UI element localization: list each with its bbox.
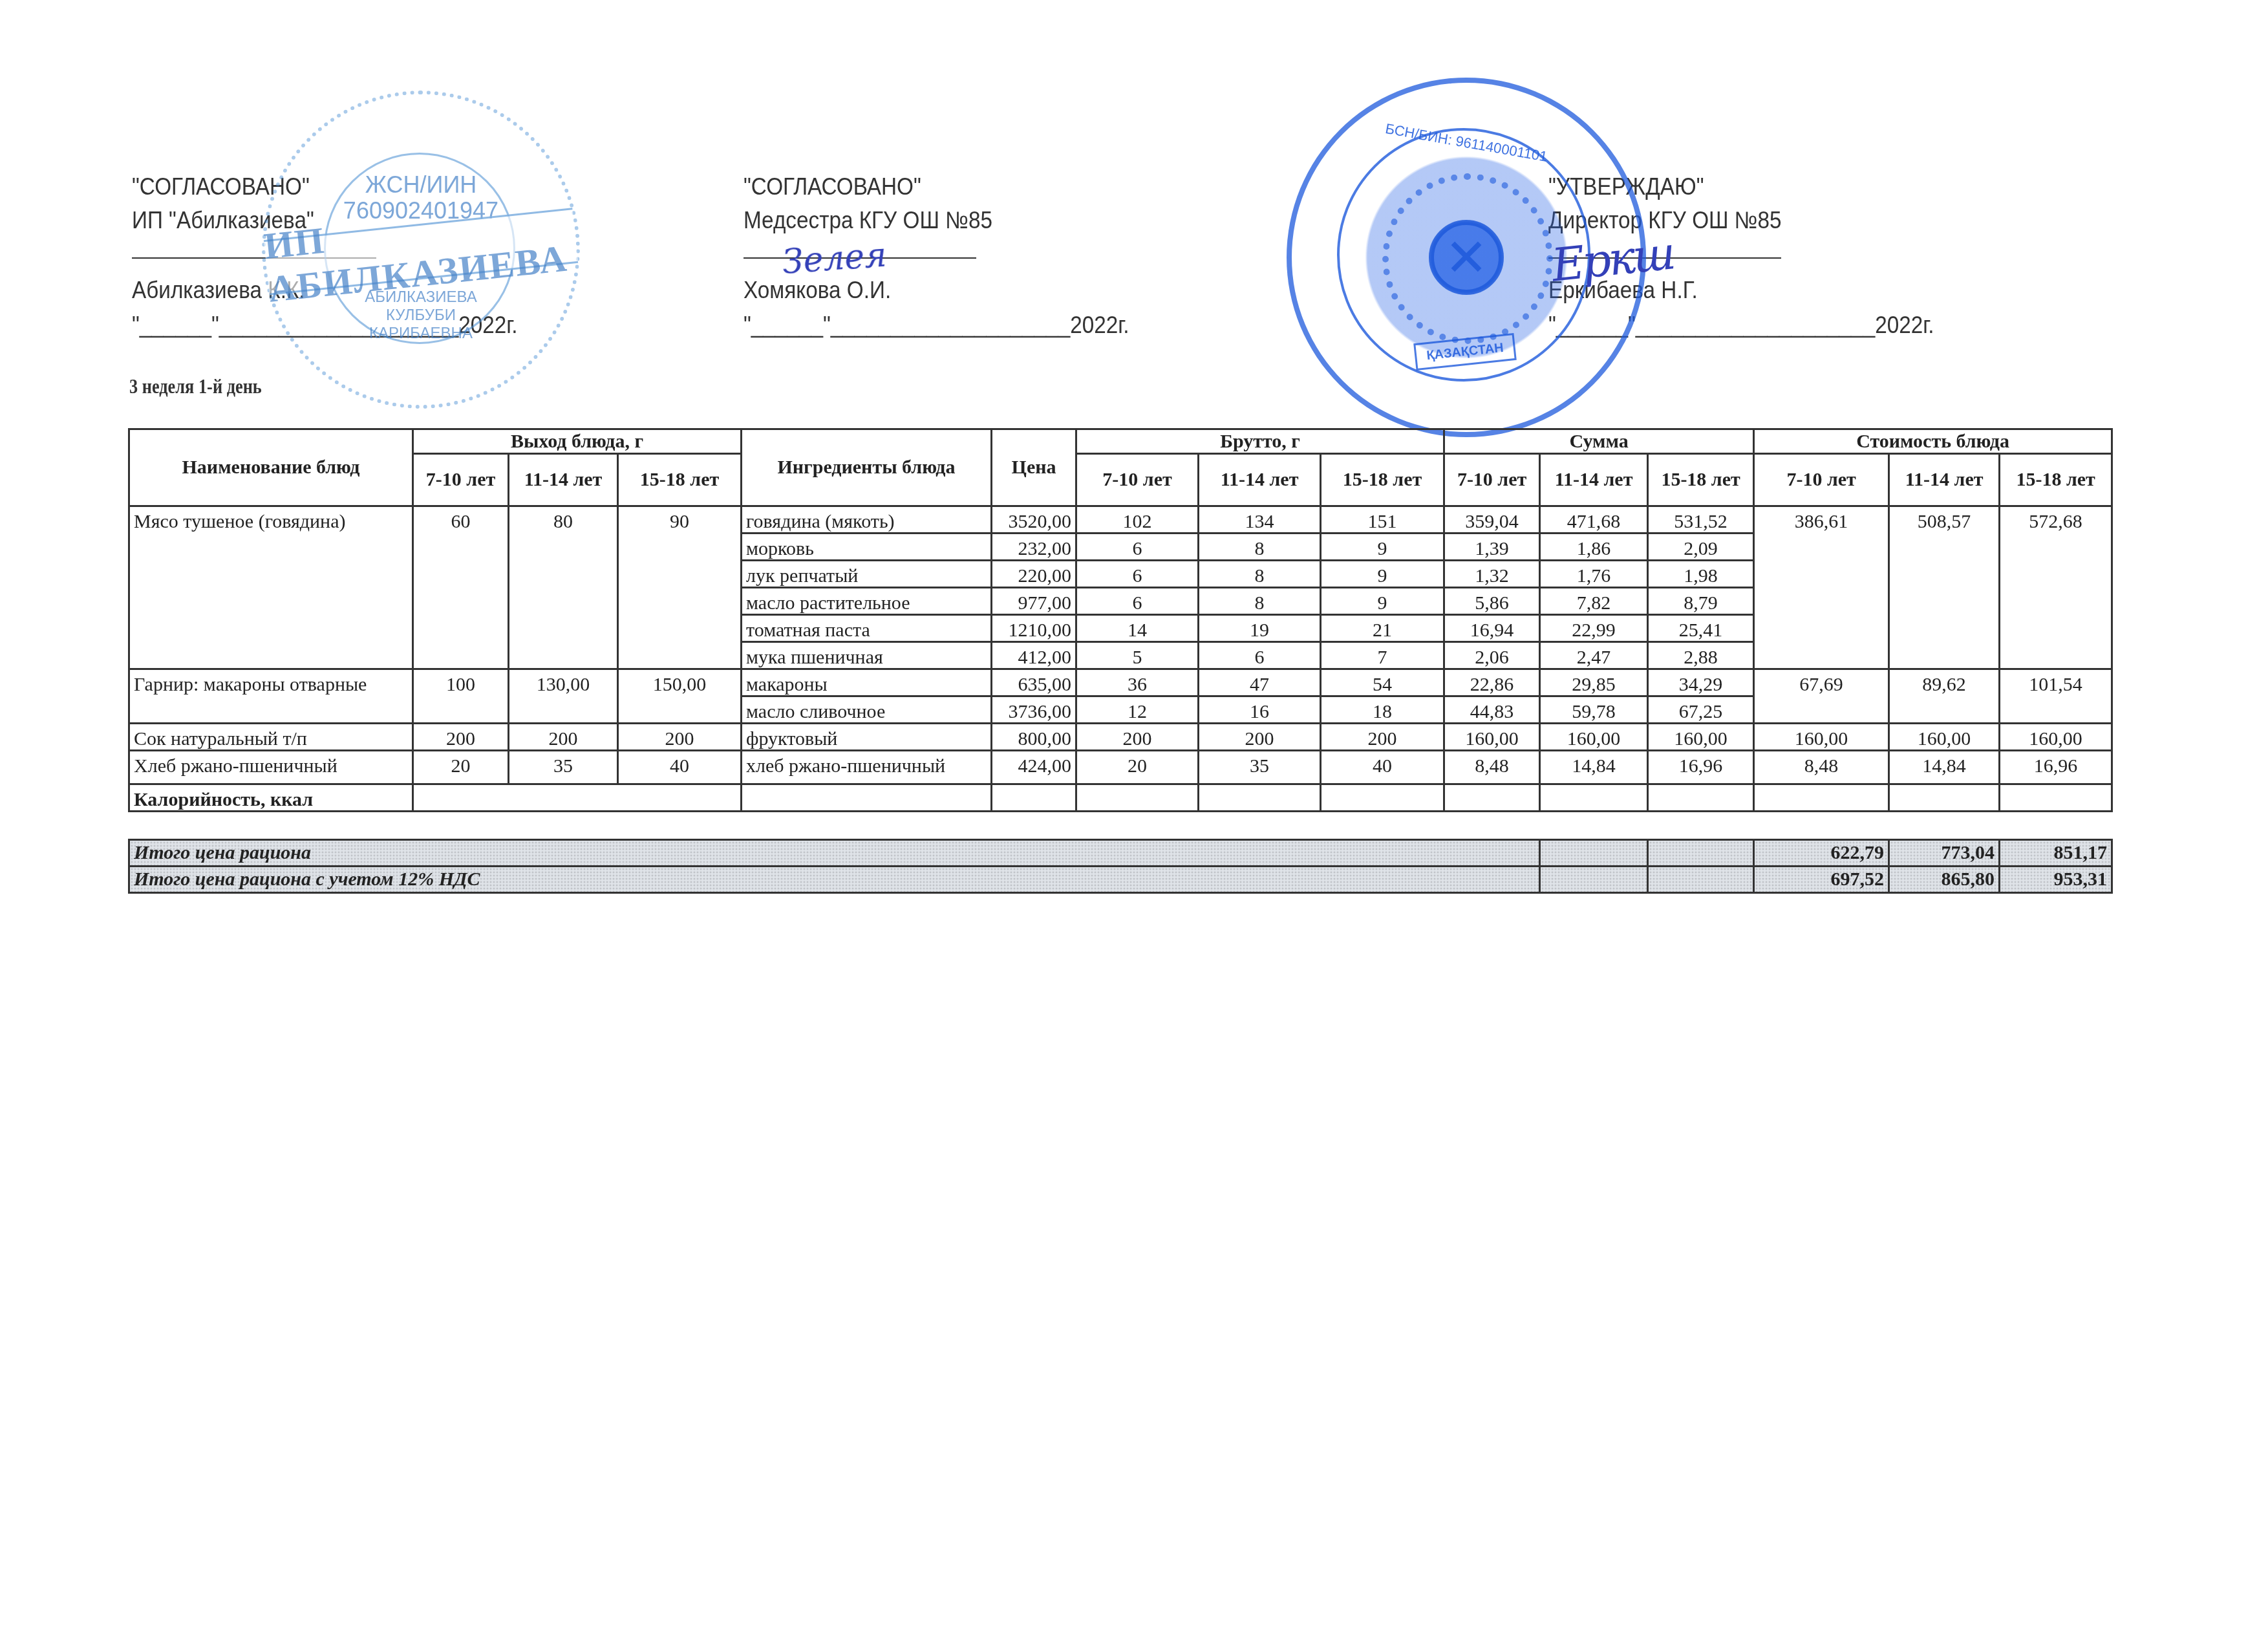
ingredient-gross: 14 <box>1076 615 1199 642</box>
dish-yield: 100 <box>413 669 509 724</box>
calories-empty-cell <box>1540 784 1648 812</box>
calories-empty-cell <box>1754 784 1889 812</box>
ingredient-price: 412,00 <box>992 642 1076 669</box>
ingredient-sum: 22,99 <box>1540 615 1648 642</box>
totals-value: 865,80 <box>1889 867 2000 893</box>
ingredient-price: 424,00 <box>992 751 1076 784</box>
dish-cost: 14,84 <box>1889 751 2000 784</box>
dish-cost: 16,96 <box>2000 751 2112 784</box>
header-ingredients: Ингредиенты блюда <box>742 429 992 506</box>
totals-row: Итого цена рациона с учетом 12% НДС697,5… <box>129 867 2112 893</box>
ingredient-gross: 8 <box>1199 533 1321 561</box>
totals-value: 773,04 <box>1889 840 2000 867</box>
calories-yield-cell <box>413 784 742 812</box>
table-row: Мясо тушеное (говядина)608090говядина (м… <box>129 506 2112 533</box>
totals-empty-cell <box>1540 867 1648 893</box>
ingredient-price: 1210,00 <box>992 615 1076 642</box>
ingredient-sum: 22,86 <box>1444 669 1540 696</box>
header-gross-age: 7-10 лет <box>1076 454 1199 506</box>
stamp-emblem-label: ҚАЗАҚСТАН <box>1413 333 1517 371</box>
header-yield: Выход блюда, г <box>413 429 742 454</box>
totals-empty-cell <box>1648 840 1754 867</box>
dish-yield: 150,00 <box>618 669 742 724</box>
dish-yield: 80 <box>509 506 618 669</box>
ingredient-gross: 36 <box>1076 669 1199 696</box>
week-day-label: 3 неделя 1-й день <box>129 375 262 398</box>
ingredient-gross: 200 <box>1199 724 1321 751</box>
calories-empty-cell <box>992 784 1076 812</box>
ingredient-sum: 160,00 <box>1444 724 1540 751</box>
dish-name: Гарнир: макароны отварные <box>129 669 413 724</box>
ingredient-gross: 19 <box>1199 615 1321 642</box>
ingredient-price: 977,00 <box>992 588 1076 615</box>
totals-value: 851,17 <box>2000 840 2112 867</box>
ingredient-gross: 200 <box>1321 724 1444 751</box>
header-gross-age: 11-14 лет <box>1199 454 1321 506</box>
totals-table: Итого цена рациона622,79773,04851,17Итог… <box>128 839 2113 894</box>
ingredient-gross: 9 <box>1321 588 1444 615</box>
ingredient-sum: 59,78 <box>1540 696 1648 724</box>
stamp-ornament-ring <box>1382 173 1553 344</box>
ingredient-sum: 2,88 <box>1648 642 1754 669</box>
ingredient-sum: 29,85 <box>1540 669 1648 696</box>
header-sum-age: 7-10 лет <box>1444 454 1540 506</box>
approval-name: Еркибаева Н.Г. <box>1548 278 1698 302</box>
ingredient-sum: 8,48 <box>1444 751 1540 784</box>
table-row: Хлеб ржано-пшеничный203540хлеб ржано-пше… <box>129 751 2112 784</box>
dish-cost: 67,69 <box>1754 669 1889 724</box>
stamp-bin: БСН/БИН: 961140001101 <box>1369 118 1563 168</box>
table-row: Сок натуральный т/п200200200фруктовый800… <box>129 724 2112 751</box>
ingredient-price: 800,00 <box>992 724 1076 751</box>
signature-line <box>1548 257 1781 259</box>
table-row: Гарнир: макароны отварные100130,00150,00… <box>129 669 2112 696</box>
ingredient-name: хлеб ржано-пшеничный <box>742 751 992 784</box>
ingredient-name: макароны <box>742 669 992 696</box>
totals-row: Итого цена рациона622,79773,04851,17 <box>129 840 2112 867</box>
ingredient-name: морковь <box>742 533 992 561</box>
dish-cost: 160,00 <box>1889 724 2000 751</box>
dish-cost: 386,61 <box>1754 506 1889 669</box>
ingredient-sum: 67,25 <box>1648 696 1754 724</box>
ingredient-name: масло растительное <box>742 588 992 615</box>
ingredient-gross: 6 <box>1076 588 1199 615</box>
ingredient-gross: 8 <box>1199 588 1321 615</box>
supplier-stamp: ЖСН/ИИН 760902401947 ИП АБИЛКАЗИЕВА АБИЛ… <box>262 91 580 409</box>
header-sum-age: 11-14 лет <box>1540 454 1648 506</box>
calories-empty-cell <box>1199 784 1321 812</box>
ingredient-sum: 34,29 <box>1648 669 1754 696</box>
ingredient-gross: 6 <box>1076 561 1199 588</box>
header-yield-age: 7-10 лет <box>413 454 509 506</box>
approval-position: ИП "Абилказиева" <box>132 208 314 232</box>
ingredient-gross: 151 <box>1321 506 1444 533</box>
ingredient-sum: 16,94 <box>1444 615 1540 642</box>
dish-name: Мясо тушеное (говядина) <box>129 506 413 669</box>
header-cost-age: 7-10 лет <box>1754 454 1889 506</box>
calories-empty-cell <box>1444 784 1540 812</box>
ingredient-name: мука пшеничная <box>742 642 992 669</box>
ingredient-sum: 25,41 <box>1648 615 1754 642</box>
ingredient-gross: 134 <box>1199 506 1321 533</box>
dish-cost: 160,00 <box>2000 724 2112 751</box>
dish-yield: 20 <box>413 751 509 784</box>
ingredient-gross: 8 <box>1199 561 1321 588</box>
calories-row: Калорийность, ккал <box>129 784 2112 812</box>
approval-name: Хомякова О.И. <box>744 278 891 302</box>
dish-yield: 40 <box>618 751 742 784</box>
ingredient-gross: 6 <box>1076 533 1199 561</box>
ingredient-gross: 54 <box>1321 669 1444 696</box>
calories-empty-cell <box>1321 784 1444 812</box>
totals-value: 697,52 <box>1754 867 1889 893</box>
calories-empty-cell <box>1648 784 1754 812</box>
ingredient-name: томатная паста <box>742 615 992 642</box>
calories-empty-cell <box>742 784 992 812</box>
ingredient-gross: 16 <box>1199 696 1321 724</box>
header-sum-age: 15-18 лет <box>1648 454 1754 506</box>
approval-heading: "СОГЛАСОВАНО" <box>132 175 310 199</box>
dish-cost: 8,48 <box>1754 751 1889 784</box>
approval-date: "______"____________________2022г. <box>1548 313 1934 337</box>
dish-yield: 35 <box>509 751 618 784</box>
ingredient-sum: 2,47 <box>1540 642 1648 669</box>
menu-cost-table: Наименование блюд Выход блюда, г Ингреди… <box>128 428 2113 812</box>
ingredient-name: фруктовый <box>742 724 992 751</box>
dish-yield: 200 <box>413 724 509 751</box>
ingredient-sum: 7,82 <box>1540 588 1648 615</box>
ingredient-sum: 16,96 <box>1648 751 1754 784</box>
calories-empty-cell <box>1889 784 2000 812</box>
approval-position: Директор КГУ ОШ №85 <box>1548 208 1782 232</box>
stamp-id-label: ЖСН/ИИН <box>266 172 576 198</box>
header-cost: Стоимость блюда <box>1754 429 2112 454</box>
totals-empty-cell <box>1648 867 1754 893</box>
ingredient-sum: 471,68 <box>1540 506 1648 533</box>
header-dish: Наименование блюд <box>129 429 413 506</box>
header-gross: Брутто, г <box>1076 429 1444 454</box>
totals-label: Итого цена рациона с учетом 12% НДС <box>129 867 1540 893</box>
ingredient-gross: 47 <box>1199 669 1321 696</box>
ingredient-gross: 12 <box>1076 696 1199 724</box>
dish-yield: 90 <box>618 506 742 669</box>
signature-line <box>132 257 376 259</box>
ingredient-sum: 1,98 <box>1648 561 1754 588</box>
approval-name: Абилказиева К.К. <box>132 278 305 302</box>
ingredient-price: 232,00 <box>992 533 1076 561</box>
header-cost-age: 15-18 лет <box>2000 454 2112 506</box>
ingredient-gross: 20 <box>1076 751 1199 784</box>
totals-empty-cell <box>1540 840 1648 867</box>
state-emblem-icon: ✕ <box>1429 220 1504 295</box>
ingredient-sum: 8,79 <box>1648 588 1754 615</box>
ingredient-price: 3736,00 <box>992 696 1076 724</box>
dish-name: Хлеб ржано-пшеничный <box>129 751 413 784</box>
ingredient-sum: 1,76 <box>1540 561 1648 588</box>
header-cost-age: 11-14 лет <box>1889 454 2000 506</box>
header-yield-age: 15-18 лет <box>618 454 742 506</box>
header-yield-age: 11-14 лет <box>509 454 618 506</box>
ingredient-gross: 102 <box>1076 506 1199 533</box>
header-price: Цена <box>992 429 1076 506</box>
dish-yield: 200 <box>618 724 742 751</box>
ingredient-name: масло сливочное <box>742 696 992 724</box>
calories-empty-cell <box>1076 784 1199 812</box>
ingredient-sum: 2,06 <box>1444 642 1540 669</box>
ingredient-gross: 35 <box>1199 751 1321 784</box>
ingredient-gross: 18 <box>1321 696 1444 724</box>
ingredient-sum: 14,84 <box>1540 751 1648 784</box>
dish-cost: 572,68 <box>2000 506 2112 669</box>
ingredient-name: говядина (мякоть) <box>742 506 992 533</box>
ingredient-sum: 359,04 <box>1444 506 1540 533</box>
calories-label: Калорийность, ккал <box>129 784 413 812</box>
dish-yield: 130,00 <box>509 669 618 724</box>
dish-cost: 101,54 <box>2000 669 2112 724</box>
ingredient-sum: 44,83 <box>1444 696 1540 724</box>
ingredient-sum: 1,32 <box>1444 561 1540 588</box>
totals-label: Итого цена рациона <box>129 840 1540 867</box>
signature-line <box>744 257 976 259</box>
header-gross-age: 15-18 лет <box>1321 454 1444 506</box>
approval-heading: "СОГЛАСОВАНО" <box>744 175 921 199</box>
stamp-ring <box>1337 128 1590 382</box>
ingredient-gross: 21 <box>1321 615 1444 642</box>
ingredient-gross: 7 <box>1321 642 1444 669</box>
ingredient-gross: 9 <box>1321 561 1444 588</box>
approval-date: "______"____________________2022г. <box>132 313 518 337</box>
dish-name: Сок натуральный т/п <box>129 724 413 751</box>
totals-value: 953,31 <box>2000 867 2112 893</box>
approval-date: "______"____________________2022г. <box>744 313 1129 337</box>
dish-yield: 60 <box>413 506 509 669</box>
ingredient-gross: 5 <box>1076 642 1199 669</box>
ingredient-sum: 5,86 <box>1444 588 1540 615</box>
dish-yield: 200 <box>509 724 618 751</box>
ingredient-sum: 160,00 <box>1648 724 1754 751</box>
dish-cost: 89,62 <box>1889 669 2000 724</box>
dish-cost: 160,00 <box>1754 724 1889 751</box>
header-sum: Сумма <box>1444 429 1754 454</box>
ingredient-sum: 531,52 <box>1648 506 1754 533</box>
approval-position: Медсестра КГУ ОШ №85 <box>744 208 992 232</box>
ingredient-gross: 40 <box>1321 751 1444 784</box>
dish-cost: 508,57 <box>1889 506 2000 669</box>
ingredient-gross: 200 <box>1076 724 1199 751</box>
calories-empty-cell <box>2000 784 2112 812</box>
ingredient-price: 635,00 <box>992 669 1076 696</box>
ingredient-gross: 9 <box>1321 533 1444 561</box>
totals-value: 622,79 <box>1754 840 1889 867</box>
ingredient-name: лук репчатый <box>742 561 992 588</box>
stamp-owner-line: АБИЛКАЗИЕВА <box>266 288 576 307</box>
ingredient-sum: 160,00 <box>1540 724 1648 751</box>
approval-heading: "УТВЕРЖДАЮ" <box>1548 175 1704 199</box>
ingredient-gross: 6 <box>1199 642 1321 669</box>
ingredient-price: 220,00 <box>992 561 1076 588</box>
ingredient-sum: 1,39 <box>1444 533 1540 561</box>
ingredient-price: 3520,00 <box>992 506 1076 533</box>
ingredient-sum: 1,86 <box>1540 533 1648 561</box>
ingredient-sum: 2,09 <box>1648 533 1754 561</box>
nurse-signature: Зелея <box>781 235 888 281</box>
